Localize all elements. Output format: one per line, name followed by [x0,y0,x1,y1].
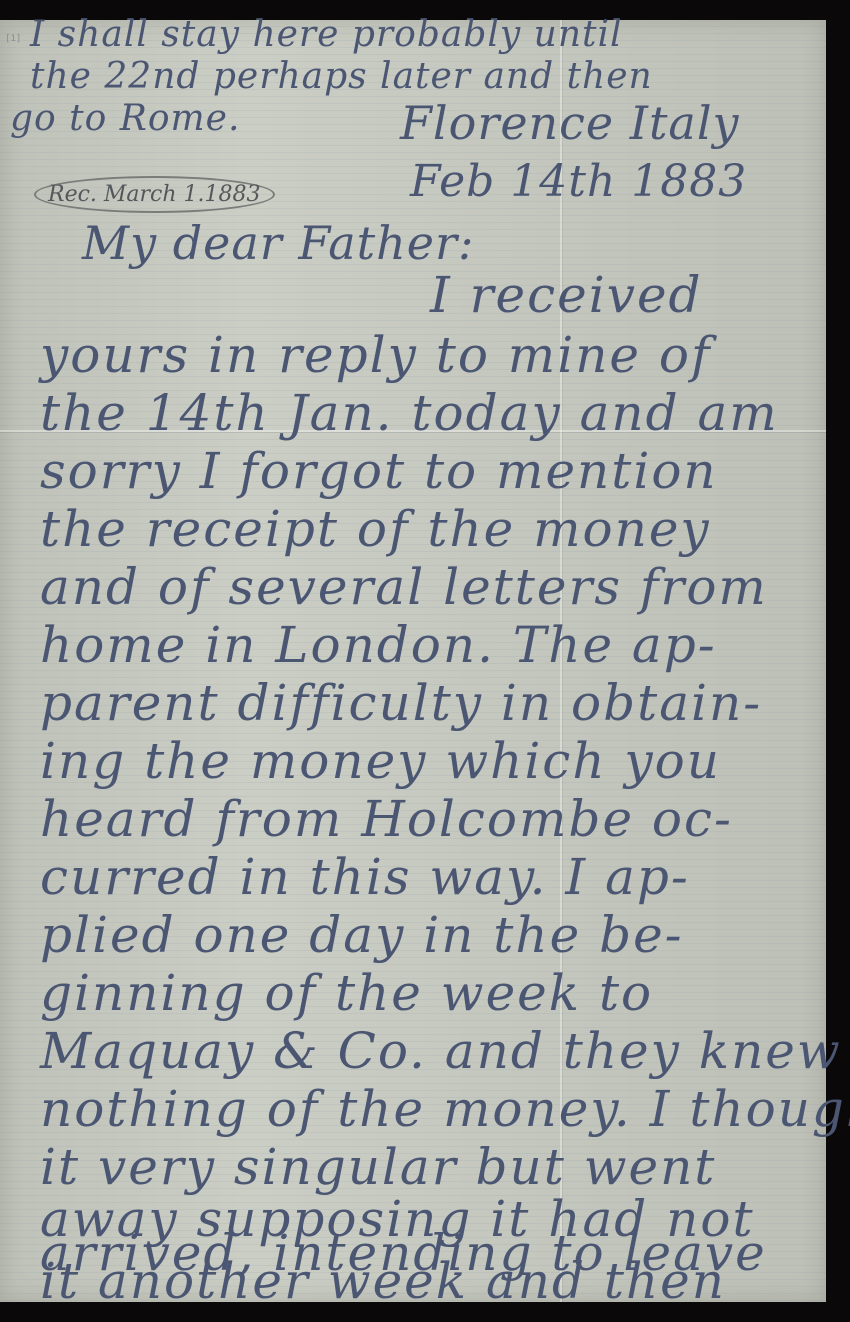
body-line-3: the 14th Jan. today and am [40,384,779,442]
body-line-12: plied one day in the be- [40,906,684,964]
body-line-9: ing the money which you [40,732,721,790]
body-line-19: it another week and then [40,1252,726,1310]
body-line-5: the receipt of the money [40,500,711,558]
folio-mark: [1] [5,34,21,44]
body-line-2: yours in reply to mine of [40,326,712,384]
body-line-1: I received [430,266,703,324]
body-line-13: ginning of the week to [40,964,653,1022]
salutation: My dear Father: [82,216,474,270]
letter-date: Feb 14th 1883 [410,156,747,207]
body-line-14: Maquay & Co. and they knew [40,1022,842,1080]
body-line-8: parent difficulty in obtain- [40,674,762,732]
body-line-7: home in London. The ap- [40,616,717,674]
body-line-11: curred in this way. I ap- [40,848,690,906]
body-line-10: heard from Holcombe oc- [40,790,733,848]
postscript-line-1: I shall stay here probably until [30,14,623,55]
body-line-16: it very singular but went [40,1138,716,1196]
letter-page: [1] I shall stay here probably until the… [0,20,826,1302]
body-line-4: sorry I forgot to mention [40,442,718,500]
postscript-line-3: go to Rome. [10,98,240,139]
received-note: Rec. March 1.1883 [34,176,275,213]
postscript-line-2: the 22nd perhaps later and then [30,56,653,97]
letter-place: Florence Italy [400,96,740,150]
body-line-6: and of several letters from [40,558,768,616]
body-line-15: nothing of the money. I thought [40,1080,850,1138]
